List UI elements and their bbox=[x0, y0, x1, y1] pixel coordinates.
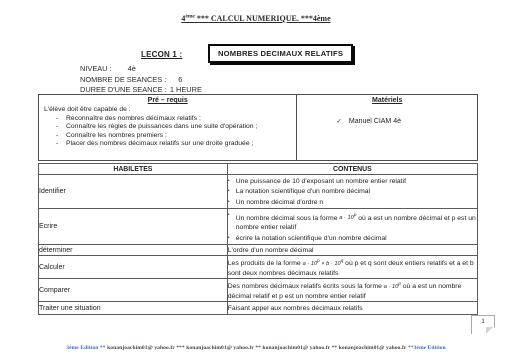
info-line-seances: NOMBRE DE SEANCES :6 bbox=[80, 75, 202, 86]
math-formula: a · 10p × b · 10q bbox=[303, 261, 344, 267]
prerequis-column: Pré – requis L'élève doit être capable d… bbox=[39, 95, 297, 160]
table-row: déterminer L'ordre d'un nombre décimal bbox=[39, 245, 478, 256]
header-text: 4ème *** CALCUL NUMERIQUE. ***4ème bbox=[181, 14, 330, 23]
skill-identifier: Identifier bbox=[39, 175, 228, 209]
header-superscript: ème bbox=[185, 13, 194, 19]
prerequis-intro: L'élève doit être capable de : bbox=[44, 106, 291, 115]
dash-bullet-icon: - bbox=[56, 132, 66, 141]
lesson-label: LECON 1 : bbox=[141, 50, 182, 59]
dot-bullet-icon: • bbox=[228, 234, 236, 243]
table-row: Calculer Les produits de la forme a · 10… bbox=[39, 256, 478, 279]
material-label: Manuel CIAM 4è bbox=[349, 118, 401, 125]
niveau-label: NIVEAU : bbox=[80, 64, 112, 73]
dot-bullet-icon: • bbox=[228, 211, 236, 233]
skill-ecrire: Ecrire bbox=[39, 209, 228, 245]
list-item: -Connaître les nombres premiers ; bbox=[56, 132, 291, 141]
content-calculer: Les produits de la forme a · 10p × b · 1… bbox=[227, 256, 477, 279]
folded-corner-icon bbox=[486, 327, 493, 334]
habiletes-header: HABILETES bbox=[39, 164, 228, 175]
content-comparer: Des nombres décimaux relatifs écrits sou… bbox=[227, 279, 477, 302]
content-ecrire: •Un nombre décimal sous la forme a · 10p… bbox=[227, 209, 477, 245]
prerequis-header: Pré – requis bbox=[44, 97, 291, 104]
table-row: Ecrire •Un nombre décimal sous la forme … bbox=[39, 209, 478, 245]
footer-emails: konanjoachim01@ yahoo.fr *** konanjoachi… bbox=[107, 345, 406, 351]
list-item: •écrire la notation scientifique d'un no… bbox=[228, 234, 477, 243]
duree-label: DUREE D'UNE SEANCE : bbox=[80, 85, 167, 94]
content-determiner: L'ordre d'un nombre décimal bbox=[227, 245, 477, 256]
table-header-row: HABILETES CONTENUS bbox=[39, 164, 478, 175]
list-item: -Reconnaître des nombres décimaux relati… bbox=[56, 115, 291, 124]
prerequis-list: -Reconnaître des nombres décimaux relati… bbox=[44, 115, 291, 149]
dot-bullet-icon: • bbox=[228, 187, 236, 196]
edition-right: **3ème Edition bbox=[406, 345, 445, 351]
list-item: •La notation scientifique d'un nombre dé… bbox=[228, 187, 477, 196]
dot-bullet-icon: • bbox=[228, 198, 236, 207]
skill-traiter: Traiter une situation bbox=[39, 302, 228, 315]
table-row: Comparer Des nombres décimaux relatifs é… bbox=[39, 279, 478, 302]
list-item: •Une puissance de 10 d'exposant un nombr… bbox=[228, 177, 477, 186]
table-row: Identifier •Une puissance de 10 d'exposa… bbox=[39, 175, 478, 209]
list-item: -Connaître les règles de puissances dans… bbox=[56, 123, 291, 132]
list-item: •Un nombre décimal d'ordre n bbox=[228, 198, 477, 207]
info-line-niveau: NIVEAU :4è bbox=[80, 64, 202, 75]
check-icon: ✓ bbox=[336, 118, 341, 125]
math-formula: a · 10p bbox=[339, 215, 356, 221]
edition-left: 3ème Edition ** bbox=[66, 345, 107, 351]
materiels-header: Matériels bbox=[302, 97, 472, 104]
list-item: •Un nombre décimal sous la forme a · 10p… bbox=[228, 211, 477, 233]
content-traiter: Faisant appel aux nombres décimaux relat… bbox=[227, 302, 477, 315]
dot-bullet-icon: • bbox=[228, 177, 236, 186]
niveau-value: 4è bbox=[128, 64, 136, 73]
lesson-title-box: NOMBRES DECIMAUX RELATIFS bbox=[208, 44, 353, 63]
document-page: 4ème *** CALCUL NUMERIQUE. ***4ème LECON… bbox=[0, 0, 512, 362]
contenus-header: CONTENUS bbox=[227, 164, 477, 175]
list-item: -Placer des nombres décimaux relatifs su… bbox=[56, 140, 291, 149]
materiels-column: Matériels ✓Manuel CIAM 4è bbox=[297, 95, 477, 160]
content-identifier: •Une puissance de 10 d'exposant un nombr… bbox=[227, 175, 477, 209]
seances-value: 6 bbox=[178, 75, 182, 84]
dash-bullet-icon: - bbox=[56, 123, 66, 132]
seances-label: NOMBRE DE SEANCES : bbox=[80, 75, 166, 84]
page-header: 4ème *** CALCUL NUMERIQUE. ***4ème bbox=[0, 13, 512, 23]
skills-table: HABILETES CONTENUS Identifier •Une puiss… bbox=[38, 163, 478, 315]
skill-calculer: Calculer bbox=[39, 256, 228, 279]
table-row: Traiter une situation Faisant appel aux … bbox=[39, 302, 478, 315]
page-footer: 3ème Edition ** konanjoachim01@ yahoo.fr… bbox=[0, 345, 512, 351]
skill-comparer: Comparer bbox=[39, 279, 228, 302]
prerequis-table: Pré – requis L'élève doit être capable d… bbox=[38, 94, 478, 161]
page-number: 1 bbox=[481, 318, 485, 325]
skill-determiner: déterminer bbox=[39, 245, 228, 256]
lesson-info: NIVEAU :4è NOMBRE DE SEANCES :6 DUREE D'… bbox=[80, 64, 202, 96]
dash-bullet-icon: - bbox=[56, 115, 66, 124]
duree-value: 1 HEURE bbox=[170, 85, 202, 94]
material-item: ✓Manuel CIAM 4è bbox=[302, 117, 472, 125]
dash-bullet-icon: - bbox=[56, 140, 66, 149]
math-formula: a · 10p bbox=[384, 284, 401, 290]
